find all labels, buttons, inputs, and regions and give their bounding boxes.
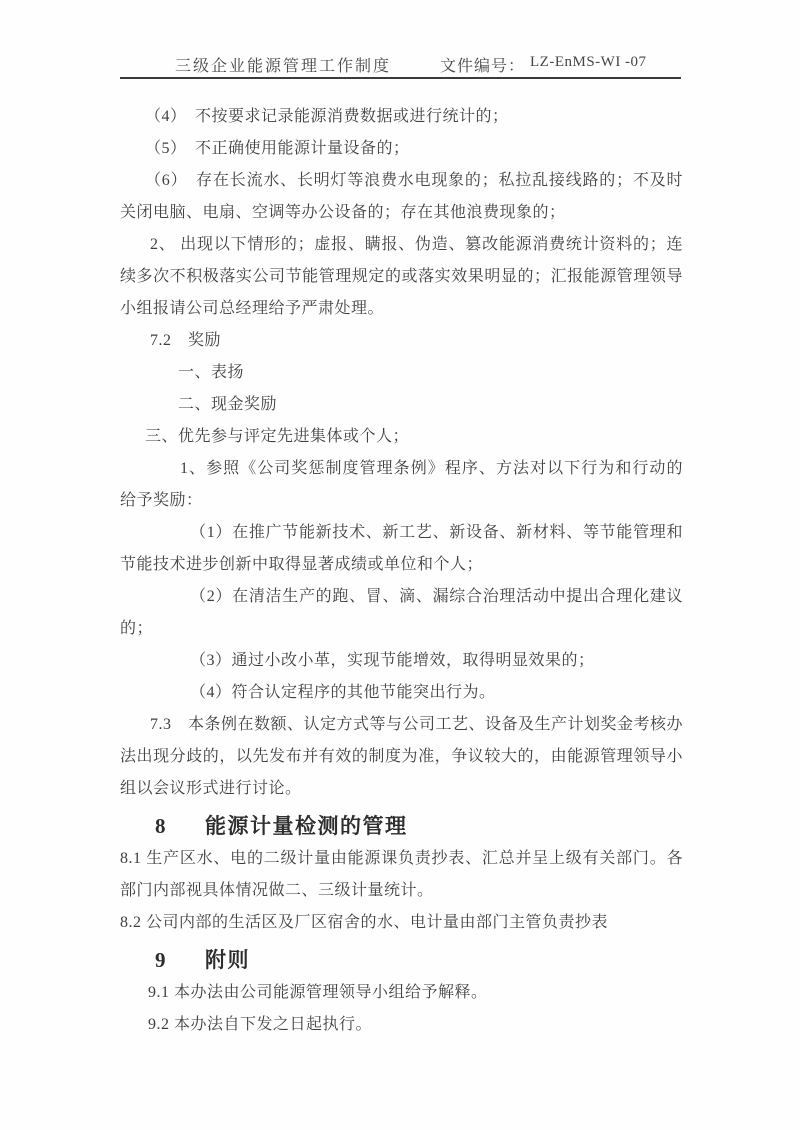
paragraph-reward-sub-2: （2）在清洁生产的跑、冒、滴、漏综合治理活动中提出合理化建议的； — [120, 581, 683, 645]
header-rule — [120, 77, 681, 79]
document-page: 三级企业能源管理工作制度 文件编号： LZ-EnMS-WI -07 （4） 不按… — [0, 0, 800, 1130]
paragraph-reward-sub-4: （4）符合认定程序的其他节能突出行为。 — [120, 677, 683, 709]
paragraph-reward-clause-1: 1、参照《公司奖惩制度管理条例》程序、方法对以下行为和行动的给予奖励： — [120, 453, 683, 517]
section-8-title: 能源计量检测的管理 — [205, 814, 408, 838]
header-file-number-label: 文件编号： — [440, 53, 525, 76]
section-8-heading: 8能源计量检测的管理 — [120, 811, 683, 841]
paragraph-reward-sub-3: （3）通过小改小革，实现节能增效，取得明显效果的； — [120, 645, 683, 677]
paragraph-reward-item-1: 一、表扬 — [120, 357, 683, 389]
section-9-title: 附则 — [205, 948, 250, 972]
page-header: 三级企业能源管理工作制度 文件编号： LZ-EnMS-WI -07 — [120, 53, 680, 77]
paragraph-clause-2: 2、 出现以下情形的；虚报、瞒报、伪造、篡改能源消费统计资料的；连续多次不积极落… — [120, 229, 683, 325]
section-9-heading: 9附则 — [120, 945, 683, 975]
paragraph-penalty-item-5: （5） 不正确使用能源计量设备的； — [120, 133, 683, 165]
paragraph-reward-item-2: 二、现金奖励 — [120, 389, 683, 421]
paragraph-reward-sub-1: （1）在推广节能新技术、新工艺、新设备、新材料、等节能管理和节能技术进步创新中取… — [120, 517, 683, 581]
paragraph-clause-9-2: 9.2 本办法自下发之日起执行。 — [120, 1009, 683, 1041]
paragraph-clause-8-1: 8.1 生产区水、电的二级计量由能源课负责抄表、汇总并呈上级有关部门。各部门内部… — [120, 843, 683, 907]
paragraph-clause-9-1: 9.1 本办法由公司能源管理领导小组给予解释。 — [120, 977, 683, 1009]
paragraph-penalty-item-4: （4） 不按要求记录能源消费数据或进行统计的； — [120, 101, 683, 133]
document-body: （4） 不按要求记录能源消费数据或进行统计的； （5） 不正确使用能源计量设备的… — [120, 101, 683, 1041]
paragraph-reward-item-3: 三、优先参与评定先进集体或个人； — [120, 421, 683, 453]
section-9-number: 9 — [155, 945, 205, 975]
paragraph-penalty-item-6: （6） 存在长流水、长明灯等浪费水电现象的；私拉乱接线路的；不及时关闭电脑、电扇… — [120, 165, 683, 229]
section-8-number: 8 — [155, 811, 205, 841]
header-file-number-value: LZ-EnMS-WI -07 — [530, 54, 647, 71]
header-document-title: 三级企业能源管理工作制度 — [175, 53, 391, 76]
paragraph-clause-8-2: 8.2 公司内部的生活区及厂区宿舍的水、电计量由部门主管负责抄表 — [120, 907, 683, 939]
paragraph-clause-7-3: 7.3 本条例在数额、认定方式等与公司工艺、设备及生产计划奖金考核办法出现分歧的… — [120, 709, 683, 805]
paragraph-clause-7-2: 7.2 奖励 — [120, 325, 683, 357]
